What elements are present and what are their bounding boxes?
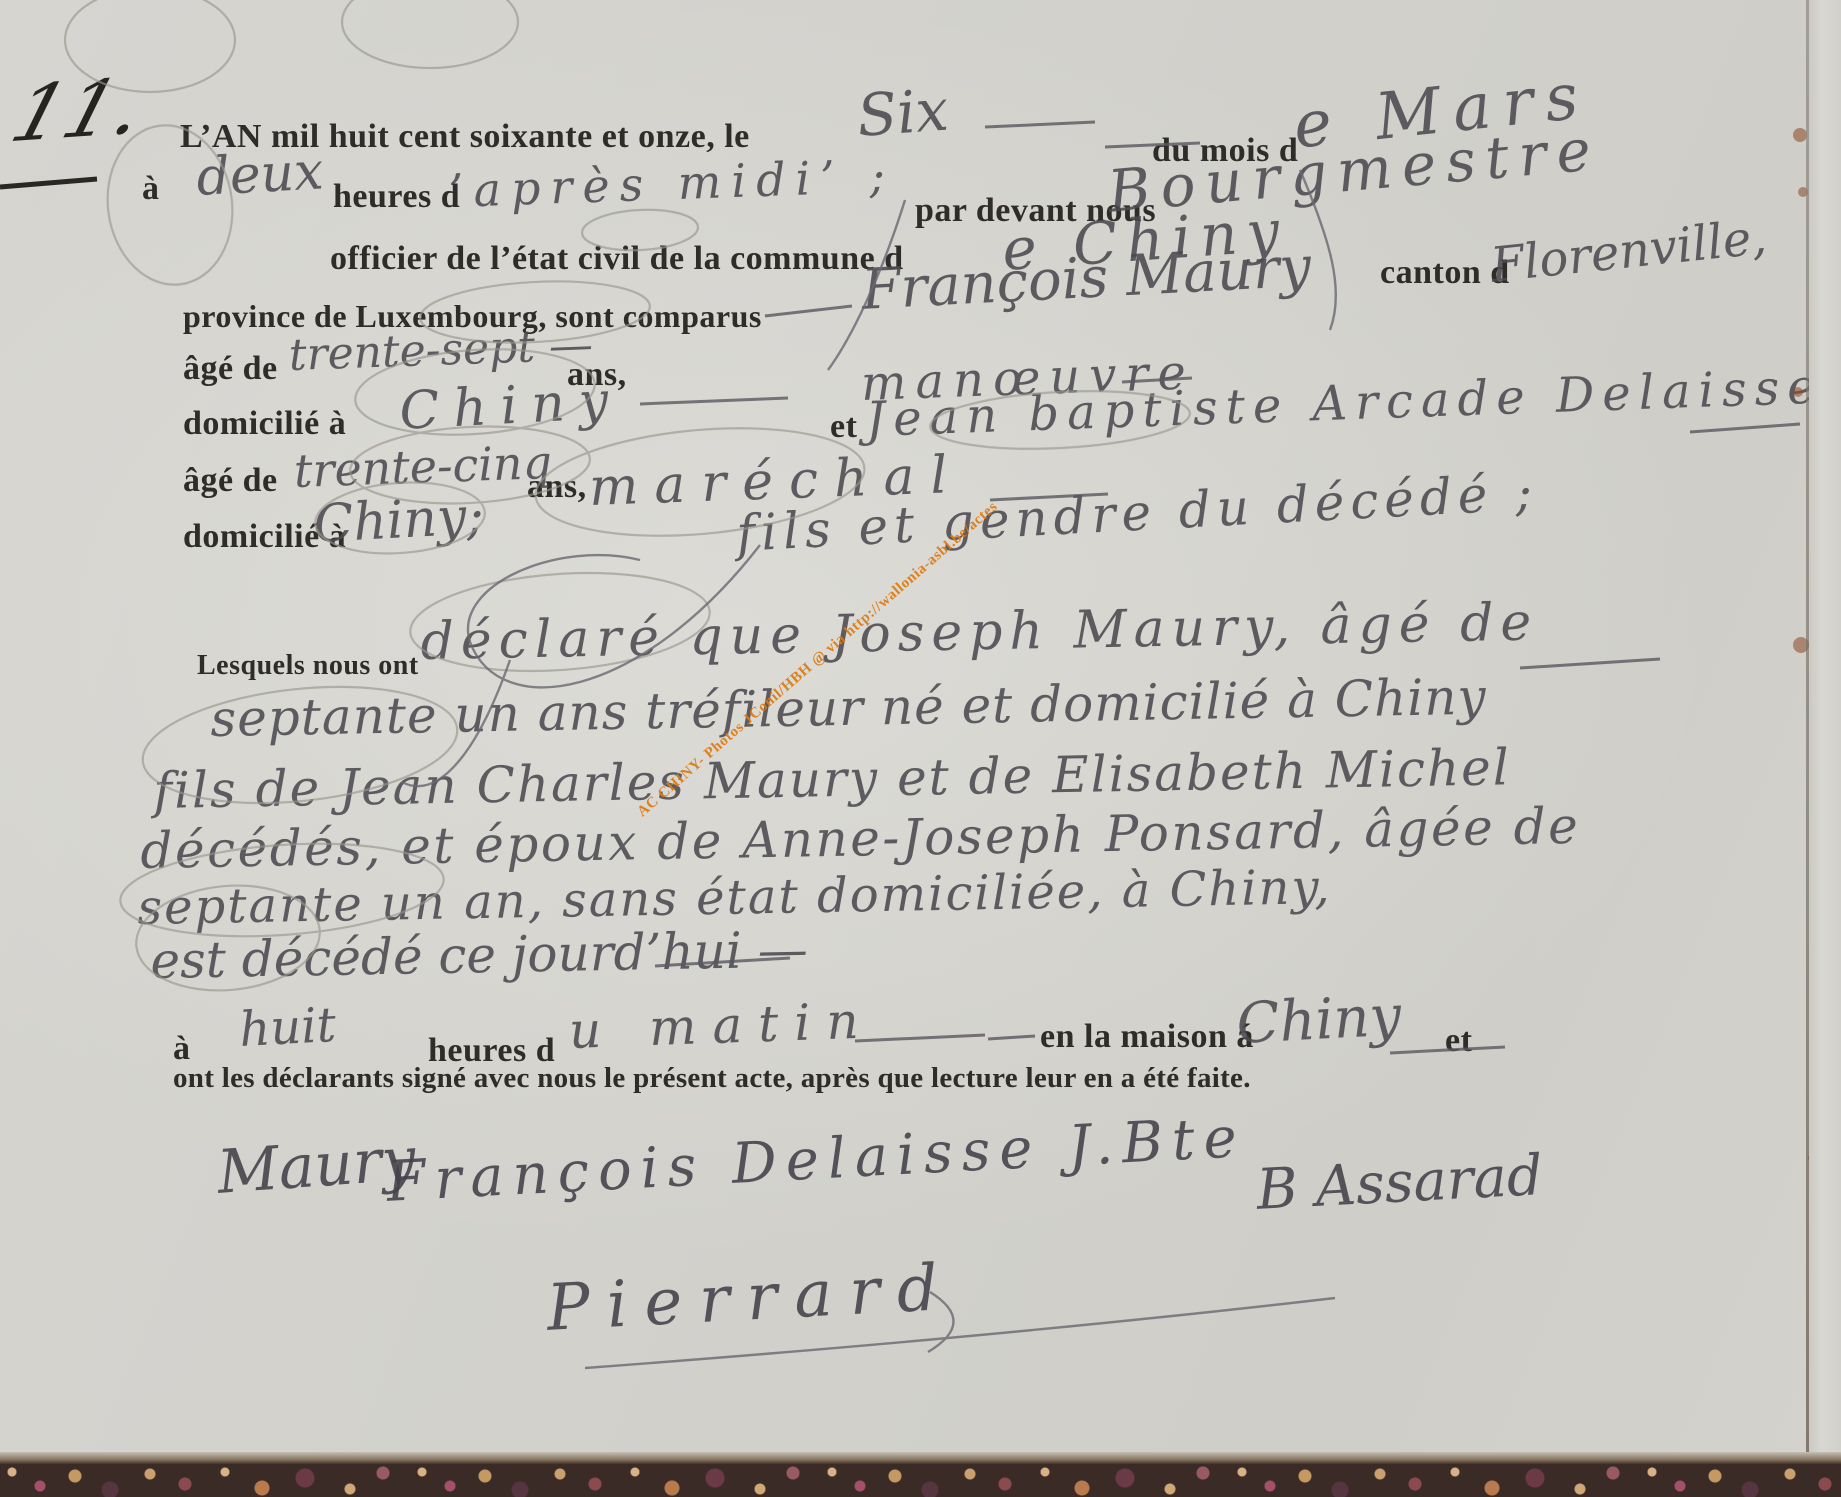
paper-bottom-edge: [0, 1452, 1841, 1464]
death-record-page: 11. L’AN mil huit cent soixante et onze,…: [0, 0, 1841, 1497]
pencil-and-ink-marks: [0, 0, 1841, 1497]
ink-flourishes: [402, 170, 1336, 1368]
ink-dashes: [640, 122, 1800, 1053]
act-number-underline: [0, 179, 97, 187]
page-crease-line: [1806, 0, 1809, 1460]
next-page-edge: [1809, 0, 1841, 1464]
marbled-book-cover: [0, 1464, 1841, 1497]
